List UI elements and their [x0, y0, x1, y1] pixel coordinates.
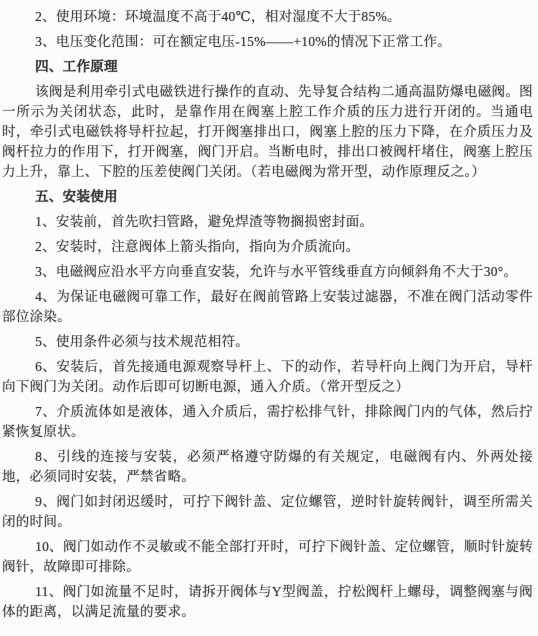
install-step-9: 9、阀门如封闭迟缓时，可拧下阀针盖、定位螺管，逆时针旋转阀针，调至所需关闭的时间… — [2, 492, 533, 532]
install-step-11: 11、阀门如流量不足时，请拆开阀体与Y型阀盖，拧松阀杆上螺母，调整阀塞与阀体的距… — [2, 582, 533, 622]
install-step-3: 3、电磁阀应沿水平方向垂直安装，允许与水平管线垂直方向倾斜角不大于30°。 — [2, 262, 533, 282]
install-step-7: 7、介质流体如是液体，通入介质后，需拧松排气针，排除阀门内的气体，然后拧紧恢复原… — [2, 402, 533, 442]
spec-item-voltage-range: 3、电压变化范围：可在额定电压-15%——+10%的情况下正常工作。 — [2, 32, 533, 52]
install-step-6: 6、安装后，首先接通电源观察导杆上、下的动作，若导杆向上阀门为开启，导杆向下阀门… — [2, 357, 533, 397]
install-step-5: 5、使用条件必须与技术规范相符。 — [2, 332, 533, 352]
heading-installation-use: 五、安装使用 — [2, 187, 533, 207]
install-step-4: 4、为保证电磁阀可靠工作，最好在阀前管路上安装过滤器，不准在阀门活动零件部位涂染… — [2, 287, 533, 327]
document-page: 2、使用环境：环境温度不高于40℃，相对湿度不大于85%。 3、电压变化范围：可… — [0, 0, 538, 636]
install-step-8: 8、引线的连接与安装，必须严格遵守防爆的有关规定，电磁阀有内、外两处接地，必须同… — [2, 447, 533, 487]
install-step-1: 1、安装前，首先吹扫管路，避免焊渣等物搁损密封面。 — [2, 212, 533, 232]
spec-item-environment: 2、使用环境：环境温度不高于40℃，相对湿度不大于85%。 — [2, 7, 533, 27]
install-step-10: 10、阀门如动作不灵敏或不能全部打开时，可拧下阀针盖、定位螺管，顺时针旋转阀针，… — [2, 537, 533, 577]
heading-working-principle: 四、工作原理 — [2, 57, 533, 77]
working-principle-paragraph: 该阀是利用牵引式电磁铁进行操作的直动、先导复合结构二通高温防爆电磁阀。图一所示为… — [2, 82, 533, 182]
install-step-2: 2、安装时，注意阀体上箭头指向，指向为介质流向。 — [2, 237, 533, 257]
